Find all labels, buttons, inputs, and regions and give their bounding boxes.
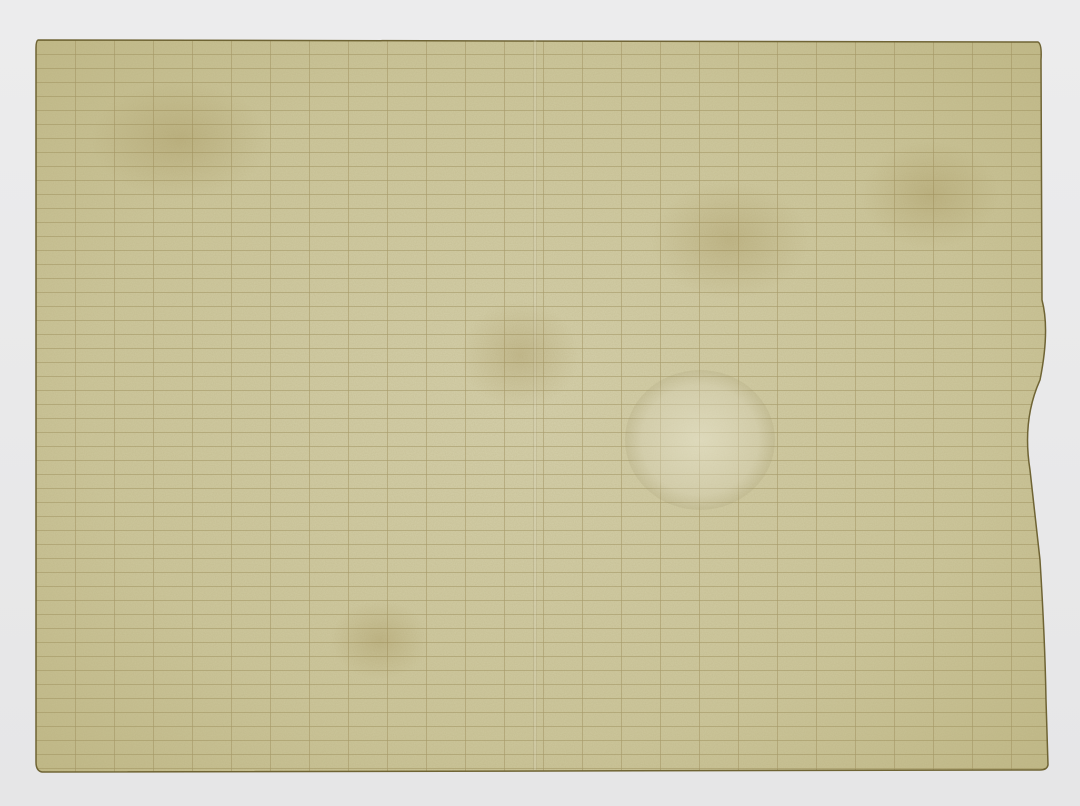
faint-circular-seal-impression: [625, 370, 775, 510]
stain: [460, 300, 580, 410]
stain: [330, 600, 430, 680]
stain: [860, 140, 1000, 250]
stain: [650, 180, 810, 300]
photo-background: [0, 0, 1080, 806]
stain: [90, 80, 270, 200]
